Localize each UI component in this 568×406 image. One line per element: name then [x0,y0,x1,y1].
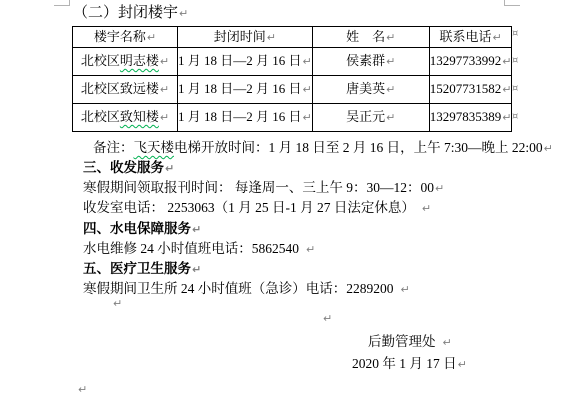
heading-text: 五、医疗卫生服务 [83,261,191,276]
phone-text: 15207731582 [430,81,502,96]
note-line: 备注：飞天楼电梯开放时间：1 月 18 日至 2 月 16 日，上午 7:30—… [93,140,553,156]
header-name: 姓 名↵ [312,27,429,48]
pilcrow-icon: ↵ [422,202,431,215]
utilities-phone-line: 水电维修 24 小时值班电话：5862540↵ [83,241,315,257]
signature-org: 后勤管理处↵ [368,334,452,350]
heading-mail-service: 三、收发服务↵ [83,160,174,176]
header-phone: 联系电话↵ [429,27,512,48]
cell-building: 北校区明志楼↵ [73,48,178,76]
row-end-mark-icon: ¤ [512,56,518,66]
table-row: 北校区明志楼↵ 1 月 18 日—2 月 16 日↵ 侯素群↵ 13297733… [73,48,512,76]
cell-building: 北校区致远楼↵ [73,76,178,104]
heading-utilities-service: 四、水电保障服务↵ [83,221,201,237]
pilcrow-icon: ↵ [160,83,169,96]
line-text: 水电维修 24 小时值班电话：5862540 [83,241,299,256]
cell-phone: 13297835389↵ [429,104,512,132]
mail-service-line: 寒假期间领取报刊时间： 每逢周一、三上午 9：30—12：00↵ [83,180,444,196]
pilcrow-icon: ↵ [544,142,553,155]
pilcrow-icon: ↵ [386,83,395,96]
pilcrow-icon: ↵ [306,243,315,256]
heading-text: 四、水电保障服务 [83,221,191,236]
row-end-mark-icon: ¤ [512,112,518,122]
signature-date-text: 2020 年 1 月 17 日 [352,356,457,371]
table-header-row: 楼宇名称↵ 封闭时间↵ 姓 名↵ 联系电话↵ [73,27,512,48]
pilcrow-icon: ↵ [386,31,395,44]
pilcrow-icon: ↵ [303,55,312,68]
pilcrow-icon: ↵ [192,223,201,236]
cell-period: 1 月 18 日—2 月 16 日↵ [178,76,313,104]
pilcrow-icon: ↵ [165,162,174,175]
phone-text: 13297733992 [430,53,502,68]
note-rest: 电梯开放时间：1 月 18 日至 2 月 16 日，上午 7:30—晚上 22:… [174,140,543,155]
pilcrow-icon: ↵ [435,182,444,195]
pilcrow-icon: ↵ [386,55,395,68]
signature-org-text: 后勤管理处 [368,334,436,349]
cell-building: 北校区致知楼↵ [73,104,178,132]
pilcrow-icon: ↵ [160,55,169,68]
pilcrow-icon: ↵ [502,111,511,124]
clinic-phone-line: 寒假期间卫生所 24 小时值班（急诊）电话：2289200↵ [83,281,410,297]
pilcrow-icon: ↵ [192,263,201,276]
pilcrow-icon: ↵ [401,283,410,296]
cell-period: 1 月 18 日—2 月 16 日↵ [178,104,313,132]
table-row: 北校区致知楼↵ 1 月 18 日—2 月 16 日↵ 吴正元↵ 13297835… [73,104,512,132]
row-end-mark-icon: ¤ [512,29,518,39]
text-boundary-corner-left-icon [54,0,70,6]
period-text: 1 月 18 日—2 月 16 日 [178,53,302,68]
section-title-text: （二）封闭楼宇 [73,5,178,21]
pilcrow-icon: ↵ [386,111,395,124]
period-text: 1 月 18 日—2 月 16 日 [178,81,302,96]
cell-phone: 13297733992↵ [429,48,512,76]
cell-contact: 唐美英↵ [312,76,429,104]
contact-text: 唐美英 [346,81,385,96]
pilcrow-icon: ↵ [78,383,87,396]
pilcrow-icon: ↵ [492,31,501,44]
mail-room-phone-line: 收发室电话： 2253063（1 月 25 日-1 月 27 日法定休息）↵ [83,200,431,216]
pilcrow-icon: ↵ [179,7,188,20]
note-flagged-text: 飞天楼 [134,140,175,155]
phone-text: 13297835389 [430,109,502,124]
header-name-label: 姓 名 [346,29,385,44]
pilcrow-icon: ↵ [267,31,276,44]
line-text: 收发室电话： 2253063（1 月 25 日-1 月 27 日法定休息） [83,200,415,215]
word-document-page[interactable]: （二）封闭楼宇↵ 楼宇名称↵ 封闭时间↵ 姓 名↵ 联系电话↵ 北校区明志楼↵ … [0,0,568,406]
heading-text: 三、收发服务 [83,160,164,175]
contact-text: 侯素群 [346,53,385,68]
cell-period: 1 月 18 日—2 月 16 日↵ [178,48,313,76]
heading-medical-service: 五、医疗卫生服务↵ [83,261,201,277]
pilcrow-icon: ↵ [303,111,312,124]
pilcrow-icon: ↵ [458,358,467,371]
header-building-label: 楼宇名称 [94,29,146,44]
text-boundary-corner-right-icon [504,0,520,6]
line-text: 寒假期间卫生所 24 小时值班（急诊）电话：2289200 [83,281,394,296]
note-prefix: 备注： [93,140,134,155]
pilcrow-icon: ↵ [502,83,511,96]
pilcrow-icon: ↵ [147,31,156,44]
row-end-mark-icon: ¤ [512,84,518,94]
header-period: 封闭时间↵ [178,27,313,48]
building-text: 北校区致远楼 [81,81,159,96]
table-row: 北校区致远楼↵ 1 月 18 日—2 月 16 日↵ 唐美英↵ 15207731… [73,76,512,104]
building-text: 北校区 [81,53,120,68]
pilcrow-icon: ↵ [443,336,452,349]
closure-table: 楼宇名称↵ 封闭时间↵ 姓 名↵ 联系电话↵ 北校区明志楼↵ 1 月 18 日—… [72,26,512,132]
pilcrow-icon: ↵ [113,297,122,310]
building-text-flagged: 致知楼 [120,109,159,124]
header-phone-label: 联系电话 [439,29,491,44]
pilcrow-icon: ↵ [303,83,312,96]
building-text: 北校区 [81,109,120,124]
section-title: （二）封闭楼宇↵ [73,5,188,22]
line-text: 寒假期间领取报刊时间： 每逢周一、三上午 9：30—12：00 [83,180,434,195]
period-text: 1 月 18 日—2 月 16 日 [178,109,302,124]
building-text-flagged: 明志楼 [120,53,159,68]
header-period-label: 封闭时间 [214,29,266,44]
cell-contact: 侯素群↵ [312,48,429,76]
signature-date: 2020 年 1 月 17 日↵ [352,356,467,372]
pilcrow-icon: ↵ [323,312,332,325]
pilcrow-icon: ↵ [160,111,169,124]
cell-contact: 吴正元↵ [312,104,429,132]
contact-text: 吴正元 [346,109,385,124]
pilcrow-icon: ↵ [502,55,511,68]
cell-phone: 15207731582↵ [429,76,512,104]
header-building: 楼宇名称↵ [73,27,178,48]
